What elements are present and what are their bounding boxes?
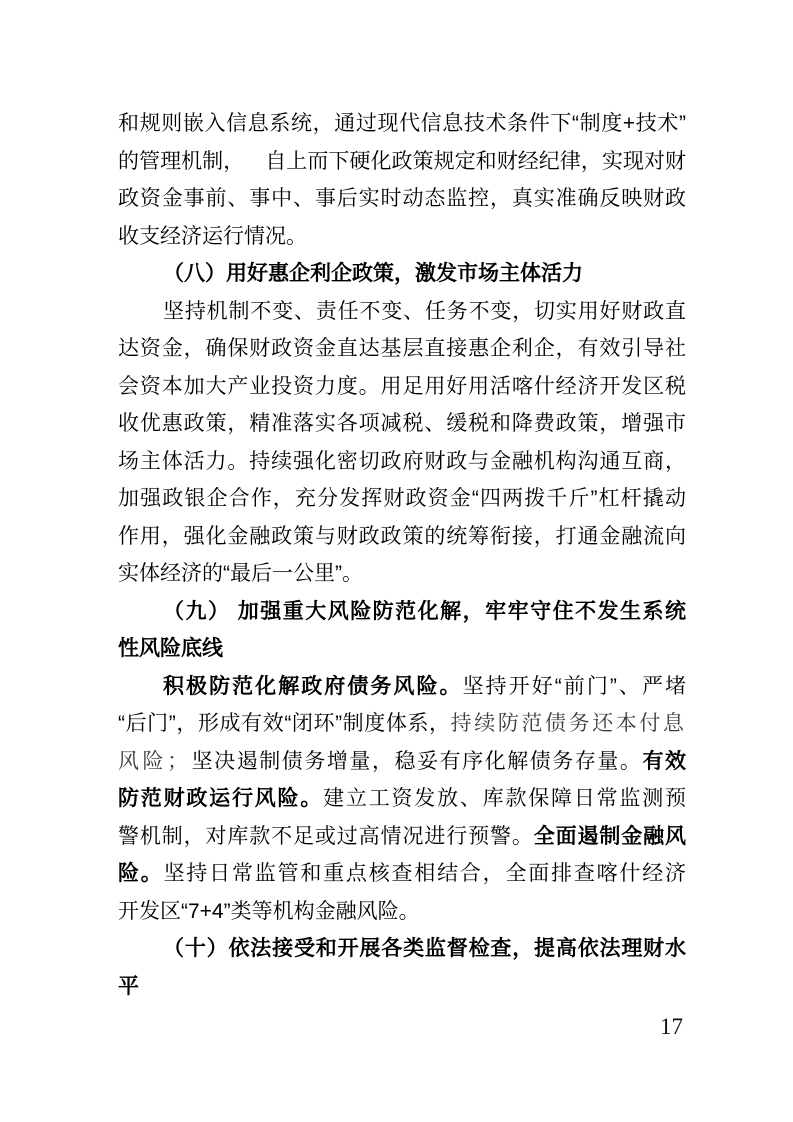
paragraph-section-8-line: 实体经济的“最后一公里”。 bbox=[118, 555, 686, 593]
paragraph-continuation-line: 的管理机制， 自上而下硬化政策规定和财经纪律，实现对财 bbox=[118, 143, 686, 181]
text-content: 和规则嵌入信息系统，通过现代信息技术条件下“制度+技术”的管理机制， 自上而下硬… bbox=[118, 105, 686, 1005]
text-segment-normal: 加强政银企合作，充分发挥财政资金“四两拨千斤”杠杆撬动 bbox=[118, 487, 686, 510]
heading-section-9-line: （九） 加强重大风险防范化解，牢牢守住不发生系统 bbox=[118, 593, 686, 631]
heading-section-9-line: 性风险底线 bbox=[118, 630, 686, 668]
paragraph-section-9-line: 开发区“7+4”类等机构金融风险。 bbox=[118, 893, 686, 931]
paragraph-section-8-line: 加强政银企合作，充分发挥财政资金“四两拨千斤”杠杆撬动 bbox=[118, 480, 686, 518]
text-segment-normal: 坚持日常监管和重点核查相结合，全面排查喀什经济 bbox=[164, 862, 686, 885]
paragraph-section-9-line: 风险；坚决遏制债务增量，稳妥有序化解债务存量。有效 bbox=[118, 743, 686, 781]
paragraph-section-8-line: 场主体活力。持续强化密切政府财政与金融机构沟通互商， bbox=[118, 443, 686, 481]
text-segment-normal: “后门”，形成有效“闭环”制度体系， bbox=[118, 712, 451, 735]
paragraph-section-9-line: 防范财政运行风险。建立工资发放、库款保障日常监测预 bbox=[118, 780, 686, 818]
text-segment-bold: 平 bbox=[118, 975, 139, 998]
text-segment-normal: 会资本加大产业投资力度。用足用好用活喀什经济开发区税 bbox=[118, 375, 686, 398]
text-segment-bold: 性风险底线 bbox=[118, 637, 223, 660]
text-segment-normal: 的管理机制， 自上而下硬化政策规定和财经纪律，实现对财 bbox=[118, 150, 686, 173]
text-segment-normal: 收支经济运行情况。 bbox=[118, 225, 307, 248]
text-segment-normal: 实体经济的“最后一公里”。 bbox=[118, 562, 363, 585]
text-segment-normal: 收优惠政策，精准落实各项减税、缓税和降费政策，增强市 bbox=[118, 412, 686, 435]
text-segment-normal: 建立工资发放、库款保障日常监测预 bbox=[323, 787, 686, 810]
paragraph-continuation-line: 政资金事前、事中、事后实时动态监控，真实准确反映财政 bbox=[118, 180, 686, 218]
text-segment-fangsong: 持续防范债务还本付息 bbox=[451, 711, 686, 735]
text-segment-bold: （十）依法接受和开展各类监督检查，提高依法理财水 bbox=[163, 937, 686, 960]
paragraph-section-8-line: 收优惠政策，精准落实各项减税、缓税和降费政策，增强市 bbox=[118, 405, 686, 443]
paragraph-section-8-line: 会资本加大产业投资力度。用足用好用活喀什经济开发区税 bbox=[118, 368, 686, 406]
heading-section-10-line: 平 bbox=[118, 968, 686, 1006]
text-segment-bold: （九） 加强重大风险防范化解，牢牢守住不发生系统 bbox=[163, 600, 686, 623]
paragraph-continuation-line: 收支经济运行情况。 bbox=[118, 218, 686, 256]
heading-section-10-line: （十）依法接受和开展各类监督检查，提高依法理财水 bbox=[118, 930, 686, 968]
paragraph-section-9-line: 警机制，对库款不足或过高情况进行预警。全面遏制金融风 bbox=[118, 818, 686, 856]
text-segment-normal: 坚决遏制债务增量，稳妥有序化解债务存量。 bbox=[190, 750, 642, 773]
text-segment-normal: 场主体活力。持续强化密切政府财政与金融机构沟通互商， bbox=[118, 450, 686, 473]
text-segment-normal: 和规则嵌入信息系统，通过现代信息技术条件下“制度+技术” bbox=[118, 112, 686, 135]
text-segment-bold: 全面遏制金融风 bbox=[534, 825, 686, 848]
text-segment-bold: 险。 bbox=[118, 862, 164, 885]
paragraph-section-8-line: 作用，强化金融政策与财政政策的统筹衔接，打通金融流向 bbox=[118, 518, 686, 556]
text-segment-normal: 坚持开好“前门”、严堵 bbox=[463, 675, 686, 698]
text-segment-bold: 积极防范化解政府债务风险。 bbox=[163, 675, 463, 698]
page-number: 17 bbox=[0, 1014, 683, 1040]
paragraph-section-9-line: “后门”，形成有效“闭环”制度体系，持续防范债务还本付息 bbox=[118, 705, 686, 743]
heading-section-8-line: （八）用好惠企利企政策，激发市场主体活力 bbox=[118, 255, 686, 293]
text-segment-normal: 达资金，确保财政资金直达基层直接惠企利企，有效引导社 bbox=[118, 337, 686, 360]
text-segment-normal: 开发区“7+4”类等机构金融风险。 bbox=[118, 900, 420, 923]
paragraph-section-9-line: 险。坚持日常监管和重点核查相结合，全面排查喀什经济 bbox=[118, 855, 686, 893]
paragraph-continuation-line: 和规则嵌入信息系统，通过现代信息技术条件下“制度+技术” bbox=[118, 105, 686, 143]
text-segment-normal: 政资金事前、事中、事后实时动态监控，真实准确反映财政 bbox=[118, 187, 686, 210]
text-segment-normal: 作用，强化金融政策与财政政策的统筹衔接，打通金融流向 bbox=[118, 525, 686, 548]
text-segment-normal: 坚持机制不变、责任不变、任务不变，切实用好财政直 bbox=[163, 300, 686, 323]
text-segment-normal: 警机制，对库款不足或过高情况进行预警。 bbox=[118, 825, 534, 848]
text-segment-bold: （八）用好惠企利企政策，激发市场主体活力 bbox=[163, 262, 583, 285]
text-segment-bold: 有效 bbox=[642, 750, 686, 773]
paragraph-section-8-line: 坚持机制不变、责任不变、任务不变，切实用好财政直 bbox=[118, 293, 686, 331]
paragraph-section-8-line: 达资金，确保财政资金直达基层直接惠企利企，有效引导社 bbox=[118, 330, 686, 368]
text-segment-fangsong: 风险； bbox=[118, 749, 190, 773]
document-page: 和规则嵌入信息系统，通过现代信息技术条件下“制度+技术”的管理机制， 自上而下硬… bbox=[0, 0, 793, 1122]
text-segment-bold: 防范财政运行风险。 bbox=[118, 787, 323, 810]
paragraph-section-9-line: 积极防范化解政府债务风险。坚持开好“前门”、严堵 bbox=[118, 668, 686, 706]
